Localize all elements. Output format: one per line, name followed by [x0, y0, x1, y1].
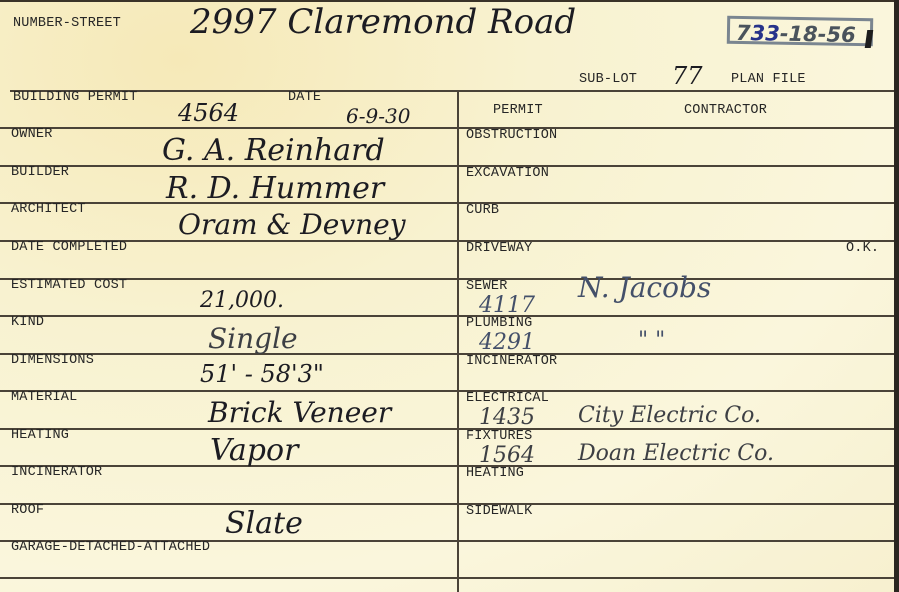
- field-label-estimated-cost: ESTIMATED COST: [11, 278, 127, 293]
- contractor-sewer: N. Jacobs: [578, 271, 711, 304]
- date-label: DATE: [288, 90, 321, 105]
- permit-label-plumbing: PLUMBING: [466, 316, 532, 331]
- field-value-dimensions: 51' - 58'3": [200, 360, 324, 388]
- permit-label-excavation: EXCAVATION: [466, 166, 549, 181]
- field-label-builder: BUILDER: [11, 165, 69, 180]
- number-street-value: 2997 Claremond Road: [190, 2, 576, 42]
- building-permit-value: 4564: [178, 99, 239, 127]
- ruled-line: [0, 353, 894, 355]
- permit-number-fixtures: 1564: [479, 443, 535, 468]
- field-value-owner: G. A. Reinhard: [162, 133, 385, 168]
- permit-header: PERMIT: [493, 103, 543, 118]
- contractor-fixtures: Doan Electric Co.: [578, 441, 774, 466]
- permit-number-plumbing: 4291: [479, 330, 535, 355]
- permit-label-incinerator: INCINERATOR: [466, 354, 557, 369]
- field-label-architect: ARCHITECT: [11, 202, 86, 217]
- sub-lot-value: 77: [672, 62, 703, 90]
- permit-label-heating: HEATING: [466, 466, 524, 481]
- stamp-suffix: -18-56: [780, 22, 856, 47]
- ruled-line: [0, 428, 894, 430]
- number-street-label: NUMBER-STREET: [13, 16, 121, 31]
- ruled-line: [10, 90, 894, 92]
- field-value-heating: Vapor: [210, 433, 298, 468]
- ruled-line: [0, 390, 894, 392]
- permit-number-sewer: 4117: [479, 293, 535, 318]
- permit-label-curb: CURB: [466, 203, 499, 218]
- stamp-prefix: 7: [736, 21, 751, 45]
- contractor-electrical: City Electric Co.: [578, 403, 761, 428]
- ruled-line: [0, 202, 894, 204]
- permit-label-driveway: DRIVEWAY: [466, 241, 532, 256]
- card-edge: [894, 0, 899, 592]
- ruled-line: [0, 503, 894, 505]
- permit-label-obstruction: OBSTRUCTION: [466, 128, 557, 143]
- permit-number-electrical: 1435: [479, 405, 535, 430]
- field-value-architect: Oram & Devney: [178, 208, 406, 241]
- permit-label-fixtures: FIXTURES: [466, 429, 532, 444]
- field-label-material: MATERIAL: [11, 390, 77, 405]
- field-value-kind: Single: [208, 322, 298, 355]
- column-divider: [457, 90, 459, 592]
- field-label-owner: OWNER: [11, 127, 53, 142]
- ruled-line: [0, 315, 894, 317]
- ruled-line: [0, 278, 894, 280]
- stamp-blue: 33: [750, 21, 780, 46]
- permit-label-sidewalk: SIDEWALK: [466, 504, 532, 519]
- field-label-incinerator: INCINERATOR: [11, 465, 102, 480]
- permit-card: NUMBER-STREET 2997 Claremond Road 733-18…: [0, 0, 899, 592]
- lot-stamp: 733-18-56: [727, 16, 873, 47]
- ruled-line: [0, 577, 894, 579]
- field-label-garage-detached-attached: GARAGE-DETACHED-ATTACHED: [11, 540, 210, 555]
- field-value-roof: Slate: [225, 506, 303, 541]
- field-label-date-completed: DATE COMPLETED: [11, 240, 127, 255]
- sub-lot-label: SUB-LOT: [579, 72, 637, 87]
- building-permit-label: BUILDING PERMIT: [13, 90, 138, 105]
- note-driveway: O.K.: [846, 241, 879, 256]
- permit-label-electrical: ELECTRICAL: [466, 391, 549, 406]
- contractor-plumbing: " ": [638, 328, 665, 353]
- date-value: 6-9-30: [346, 104, 410, 128]
- ruled-line: [0, 165, 894, 167]
- permit-label-sewer: SEWER: [466, 279, 508, 294]
- field-label-heating: HEATING: [11, 428, 69, 443]
- ruled-line: [0, 127, 894, 129]
- field-label-dimensions: DIMENSIONS: [11, 353, 94, 368]
- field-label-roof: ROOF: [11, 503, 44, 518]
- field-label-kind: KIND: [11, 315, 44, 330]
- contractor-header: CONTRACTOR: [684, 103, 767, 118]
- field-value-builder: R. D. Hummer: [166, 171, 384, 206]
- field-value-material: Brick Veneer: [208, 396, 391, 429]
- field-value-estimated-cost: 21,000.: [200, 288, 284, 313]
- ruled-line: [0, 240, 894, 242]
- plan-file-label: PLAN FILE: [731, 72, 806, 87]
